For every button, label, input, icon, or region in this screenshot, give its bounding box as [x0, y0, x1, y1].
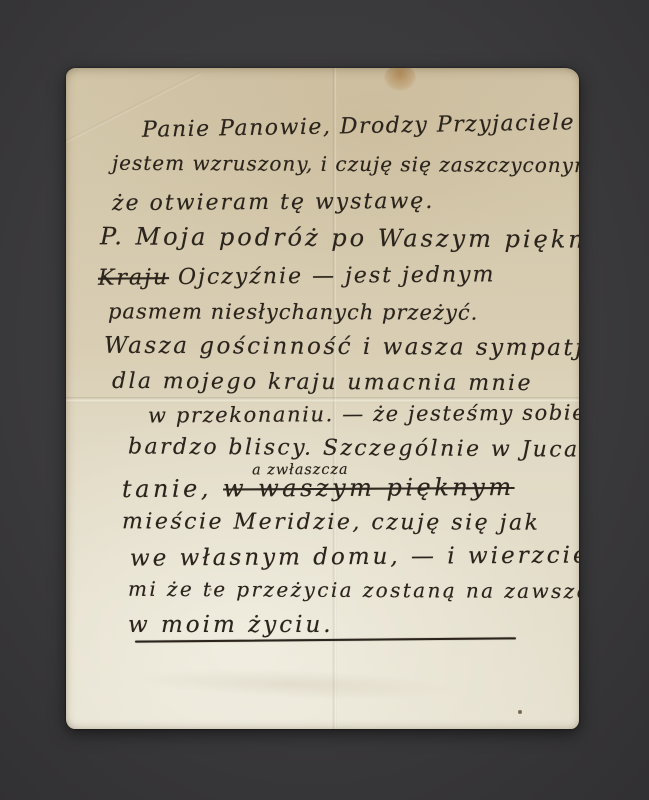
handwritten-text: Panie Panowie, Drodzy Przyjacielejestem … [66, 68, 579, 729]
letter-line: Panie Panowie, Drodzy Przyjaciele [142, 110, 575, 143]
handwriting-segment: we własnym domu, — i wierzcie [130, 542, 579, 571]
handwriting-segment: w moim życiu. [128, 612, 334, 638]
letter-line: Wasza gościnność i wasza sympatja [104, 333, 579, 362]
handwriting-segment: Panie Panowie, Drodzy Przyjaciele [142, 110, 575, 143]
handwriting-segment: mi że te przeżycia zostaną na zawsze [128, 577, 579, 603]
handwriting-segment: jestem wzruszony, i czuję się zaszczycon… [112, 151, 579, 178]
handwriting-segment: Wasza gościnność i wasza sympatja [104, 333, 579, 362]
inserted-text-above: a zwłaszcza [252, 462, 349, 479]
handwriting-segment: że otwieram tę wystawę. [112, 189, 434, 216]
letter-line: P. Moja podróż po Waszym pięknej [100, 222, 579, 254]
letter-line: jestem wzruszony, i czuję się zaszczycon… [112, 151, 579, 178]
handwriting-segment: dla mojego kraju umacnia mnie [112, 369, 533, 396]
letter-line: mi że te przeżycia zostaną na zawsze [128, 577, 579, 603]
handwriting-segment: mieście Meridzie, czuję się jak [122, 509, 541, 535]
handwriting-segment: tanie, [122, 474, 223, 503]
letter-line: pasmem niesłychanych przeżyć. [108, 299, 478, 324]
letter-line: dla mojego kraju umacnia mnie [112, 369, 533, 396]
handwriting-segment: w przekonaniu. — że jesteśmy sobie [148, 400, 579, 427]
handwriting-segment: pasmem niesłychanych przeżyć. [108, 299, 478, 324]
handwriting-segment: P. Moja podróż po Waszym pięknej [100, 222, 579, 254]
letter-line: Kraju Ojczyźnie — jest jednym [98, 262, 496, 290]
struck-text: w waszym pięknyma zwłaszcza [223, 473, 515, 503]
letter-line: mieście Meridzie, czuję się jak [122, 509, 541, 535]
letter-line: bardzo bliscy. Szczególnie w Juca- [128, 434, 579, 462]
letter-line: tanie, w waszym pięknyma zwłaszcza [122, 473, 515, 503]
handwriting-segment: Ojczyźnie — jest jednym [169, 262, 496, 290]
handwriting-segment: bardzo bliscy. Szczególnie w Juca- [128, 434, 579, 462]
struck-text: Kraju [98, 265, 169, 291]
letter-line: w przekonaniu. — że jesteśmy sobie [148, 400, 579, 427]
letter-paper: Panie Panowie, Drodzy Przyjacielejestem … [66, 68, 579, 729]
letter-line: w moim życiu. [128, 612, 334, 638]
letter-line: że otwieram tę wystawę. [112, 189, 434, 216]
letter-line: we własnym domu, — i wierzcie [130, 542, 579, 571]
